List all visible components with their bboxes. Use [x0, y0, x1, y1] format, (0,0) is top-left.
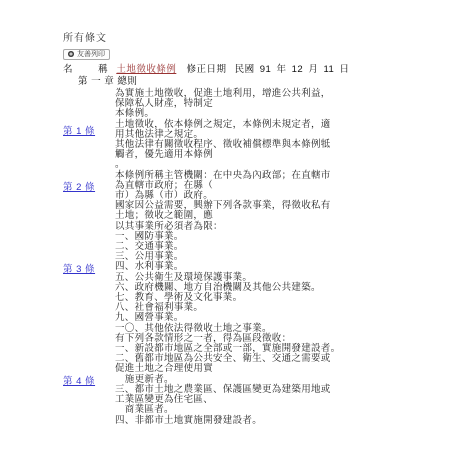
- page-title: 所有條文: [63, 33, 398, 44]
- article-row-1: 第 1 條 為實施土地徵收，促進土地利用，增進公共利益， 保障私人財產，特制定 …: [63, 89, 398, 171]
- name-label-part1: 名: [63, 64, 73, 75]
- article-1-text: 為實施土地徵收，促進土地利用，增進公共利益， 保障私人財產，特制定 本條例。 土…: [115, 89, 398, 171]
- article-3-link[interactable]: 第 3 條: [63, 261, 95, 275]
- article-4-link[interactable]: 第 4 條: [63, 373, 95, 387]
- article-1-label-cell: 第 1 條: [63, 89, 115, 171]
- article-row-3: 第 3 條 國家因公益需要，興辦下列各款事業，得徵收私有 土地；徵收之範圍，應 …: [63, 201, 398, 334]
- article-3-text: 國家因公益需要，興辦下列各款事業，得徵收私有 土地；徵收之範圍，應 以其事業所必…: [115, 201, 398, 334]
- article-2-text: 本條例所稱主管機關：在中央為內政部；在直轄市 為直轄市政府；在縣（ 市）為縣（市…: [115, 171, 398, 202]
- printer-icon: [68, 51, 74, 57]
- article-2-link[interactable]: 第 2 條: [63, 179, 95, 193]
- chapter-heading: 第 一 章 總則: [63, 77, 398, 87]
- article-3-label-cell: 第 3 條: [63, 201, 115, 334]
- article-1-link[interactable]: 第 1 條: [63, 123, 95, 137]
- amend-date-value: 民國 91 年 12 月 11 日: [235, 64, 350, 75]
- articles-table: 第 1 條 為實施土地徵收，促進土地利用，增進公共利益， 保障私人財產，特制定 …: [63, 89, 398, 426]
- name-label-part2: 稱: [98, 64, 108, 75]
- print-button-label: 友善列印: [77, 50, 105, 59]
- article-2-label-cell: 第 2 條: [63, 171, 115, 202]
- law-all-articles-page: 所有條文 友善列印 名 稱 土地徵收條例 修正日期 民國 91 年 12 月 1…: [63, 33, 398, 426]
- amend-date-label: 修正日期: [186, 64, 226, 75]
- law-title-link[interactable]: 土地徵收條例: [116, 64, 176, 75]
- law-meta-row: 名 稱 土地徵收條例 修正日期 民國 91 年 12 月 11 日: [63, 65, 398, 75]
- article-row-4: 第 4 條 有下列各款情形之一者，得為區段徵收： 一、新設都市地區之全部或一部，…: [63, 334, 398, 426]
- print-button[interactable]: 友善列印: [63, 49, 110, 60]
- article-4-label-cell: 第 4 條: [63, 334, 115, 426]
- article-row-2: 第 2 條 本條例所稱主管機關：在中央為內政部；在直轄市 為直轄市政府；在縣（ …: [63, 171, 398, 202]
- article-4-text: 有下列各款情形之一者，得為區段徵收： 一、新設都市地區之全部或一部，實施開發建設…: [115, 334, 398, 426]
